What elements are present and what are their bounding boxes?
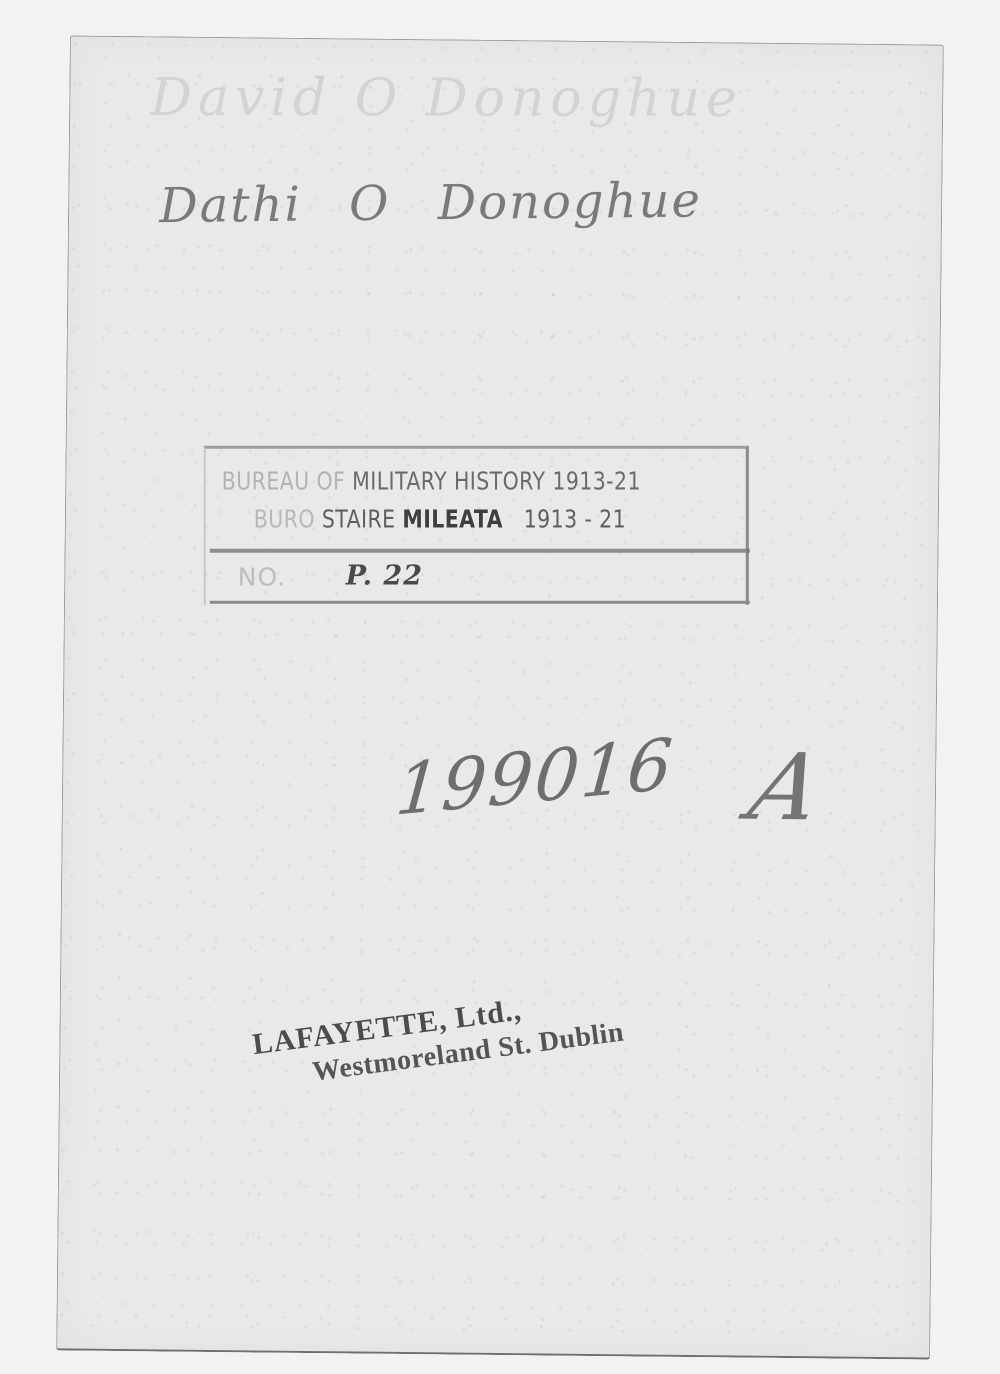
archive-stamp: BUREAU OF MILITARY HISTORY 1913-21 BURO … — [204, 446, 749, 605]
stamp-number-value: P. 22 — [346, 561, 423, 592]
photo-card-back: David O Donoghue Dathi O Donoghue BUREAU… — [56, 35, 944, 1359]
erased-inscription: David O Donoghue — [150, 68, 743, 129]
stamp-line1-bold: MILITARY HISTORY 1913-21 — [352, 467, 641, 496]
stamp-line2-faded: BURO — [254, 505, 315, 534]
stamp-line2-bold: MILEATA — [402, 505, 503, 534]
accession-number: 199016 — [393, 723, 678, 832]
photographer-stamp: LAFAYETTE, Ltd., Westmoreland St. Dublin — [251, 981, 626, 1096]
stamp-divider — [210, 549, 750, 553]
pencil-inscription: Dathi O Donoghue — [159, 172, 702, 234]
stamp-line2-regular: STAIRE — [322, 505, 396, 534]
stamp-bottom-rule — [210, 601, 750, 604]
stamp-line-english: BUREAU OF MILITARY HISTORY 1913-21 — [222, 467, 641, 496]
accession-suffix: A — [739, 734, 833, 841]
paper-texture — [57, 36, 943, 1357]
stamp-line1-faded: BUREAU OF — [222, 467, 345, 496]
stamp-number-label: NO. — [238, 563, 286, 592]
stamp-line-irish: BURO STAIRE MILEATA 1913 - 21 — [254, 505, 626, 534]
stamp-line2-years: 1913 - 21 — [524, 505, 626, 534]
